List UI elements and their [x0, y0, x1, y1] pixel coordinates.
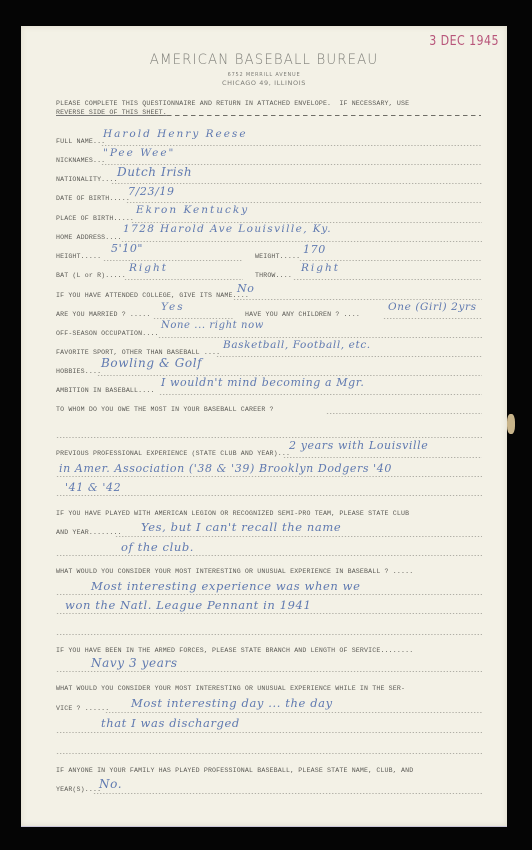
organization-name: AMERICAN BASEBALL BUREAU [33, 52, 495, 68]
college-line [233, 299, 482, 300]
label-date-of-birth: DATE OF BIRTH..... [56, 195, 130, 202]
organization-street: 6752 MERRILL AVENUE [21, 72, 507, 78]
previous-experience-field-2[interactable]: in Amer. Association ('38 & '39) Brookly… [59, 462, 392, 475]
throw-field[interactable]: Right [301, 262, 340, 274]
nationality-line [111, 183, 482, 184]
label-married: ARE YOU MARRIED ? ..... [56, 311, 150, 318]
label-interesting-service-2: VICE ? ...... [56, 705, 109, 712]
weight-field[interactable]: 170 [303, 243, 326, 256]
interesting-baseball-field-1[interactable]: Most interesting experience was when we [91, 579, 361, 593]
paper-stain [507, 414, 515, 434]
interesting-service-field-2[interactable]: that I was discharged [101, 716, 240, 730]
interesting-baseball-field-2[interactable]: won the Natl. League Pennant in 1941 [65, 598, 311, 612]
label-armed-forces: IF YOU HAVE BEEN IN THE ARMED FORCES, PL… [56, 647, 413, 654]
label-children: HAVE YOU ANY CHILDREN ? .... [245, 311, 360, 318]
weight-line [299, 260, 482, 261]
throw-line [293, 279, 482, 280]
label-height: HEIGHT..... [56, 253, 101, 260]
full-name-field[interactable]: Harold Henry Reese [103, 128, 248, 140]
bat-line [124, 279, 243, 280]
nicknames-field[interactable]: "Pee Wee" [103, 147, 175, 159]
family-field[interactable]: No. [99, 777, 122, 791]
label-favorite-sport: FAVORITE SPORT, OTHER THAN BASEBALL .... [56, 349, 220, 356]
date-of-birth-field[interactable]: 7/23/19 [128, 185, 175, 198]
interesting-service-line-1 [105, 712, 482, 713]
interesting-service-line-2 [56, 732, 482, 733]
ambition-line [159, 394, 482, 395]
married-field[interactable]: Yes [161, 301, 185, 313]
label-nationality: NATIONALITY.... [56, 176, 118, 183]
semi-pro-line-2 [56, 555, 482, 556]
questionnaire-page: 3 DEC 1945 AMERICAN BASEBALL BUREAU 6752… [21, 26, 507, 827]
label-interesting-service-1: WHAT WOULD YOU CONSIDER YOUR MOST INTERE… [56, 685, 405, 692]
favorite-sport-line [216, 356, 482, 357]
previous-experience-field-3[interactable]: '41 & '42 [65, 481, 121, 494]
children-field[interactable]: One (Girl) 2yrs [388, 301, 477, 313]
label-hobbies: HOBBIES.... [56, 368, 101, 375]
owe-most-line-1 [326, 413, 482, 414]
bat-field[interactable]: Right [129, 262, 168, 274]
label-home-address: HOME ADDRESS.... [56, 234, 122, 241]
label-ambition: AMBITION IN BASEBALL.... [56, 387, 155, 394]
organization-city: CHICAGO 49, ILLINOIS [21, 79, 507, 87]
date-of-birth-line [126, 202, 482, 203]
full-name-line [101, 145, 482, 146]
armed-forces-line [56, 671, 482, 672]
interesting-baseball-line-3 [56, 634, 482, 635]
armed-forces-field[interactable]: Navy 3 years [91, 656, 178, 670]
interesting-baseball-line-1 [56, 594, 482, 595]
semi-pro-field-1[interactable]: Yes, but I can't recall the name [141, 520, 341, 534]
instructions-dash-rule [151, 115, 481, 116]
label-semi-pro-1: IF YOU HAVE PLAYED WITH AMERICAN LEGION … [56, 510, 409, 517]
label-interesting-baseball: WHAT WOULD YOU CONSIDER YOUR MOST INTERE… [56, 568, 413, 575]
hobbies-field[interactable]: Bowling & Golf [101, 356, 202, 370]
interesting-baseball-line-2 [56, 613, 482, 614]
place-of-birth-field[interactable]: Ekron Kentucky [136, 204, 249, 216]
college-field[interactable]: No [237, 282, 254, 295]
label-off-season: OFF-SEASON OCCUPATION.... [56, 330, 159, 337]
label-family-1: IF ANYONE IN YOUR FAMILY HAS PLAYED PROF… [56, 767, 413, 774]
interesting-service-line-3 [56, 753, 482, 754]
height-line [103, 260, 243, 261]
off-season-field[interactable]: None ... right now [161, 320, 264, 331]
label-semi-pro-2: AND YEAR........ [56, 529, 122, 536]
nationality-field[interactable]: Dutch Irish [117, 165, 192, 179]
interesting-service-field-1[interactable]: Most interesting day ... the day [131, 696, 333, 710]
ambition-field[interactable]: I wouldn't mind becoming a Mgr. [161, 376, 365, 389]
letterhead: AMERICAN BASEBALL BUREAU 6752 MERRILL AV… [21, 52, 507, 87]
off-season-line [158, 337, 482, 338]
previous-experience-line-2 [56, 476, 482, 477]
label-family-2: YEAR(S).... [56, 786, 101, 793]
received-date-stamp: 3 DEC 1945 [429, 34, 499, 49]
instructions-line-1: PLEASE COMPLETE THIS QUESTIONNAIRE AND R… [56, 100, 409, 107]
previous-experience-line-1 [283, 457, 482, 458]
family-line [93, 793, 482, 794]
label-bat: BAT (L or R)..... [56, 272, 126, 279]
label-owe-most: TO WHOM DO YOU OWE THE MOST IN YOUR BASE… [56, 406, 278, 413]
previous-experience-line-3 [56, 495, 482, 496]
label-previous-experience: PREVIOUS PROFESSIONAL EXPERIENCE (STATE … [56, 450, 290, 457]
label-place-of-birth: PLACE OF BIRTH..... [56, 215, 134, 222]
favorite-sport-field[interactable]: Basketball, Football, etc. [223, 339, 371, 351]
semi-pro-line-1 [115, 536, 482, 537]
home-address-field[interactable]: 1728 Harold Ave Louisville, Ky. [123, 223, 332, 235]
married-line [153, 318, 233, 319]
home-address-line [121, 241, 482, 242]
previous-experience-field-1[interactable]: 2 years with Louisville [289, 439, 428, 452]
semi-pro-field-2[interactable]: of the club. [121, 540, 194, 554]
label-weight: WEIGHT..... [255, 253, 300, 260]
height-field[interactable]: 5'10" [111, 242, 143, 255]
label-throw: THROW.... [255, 272, 292, 279]
label-college: IF YOU HAVE ATTENDED COLLEGE, GIVE ITS N… [56, 292, 249, 299]
owe-most-line-2 [56, 437, 482, 438]
label-nicknames: NICKNAMES... [56, 157, 105, 164]
children-line [383, 318, 482, 319]
label-full-name: FULL NAME... [56, 138, 105, 145]
